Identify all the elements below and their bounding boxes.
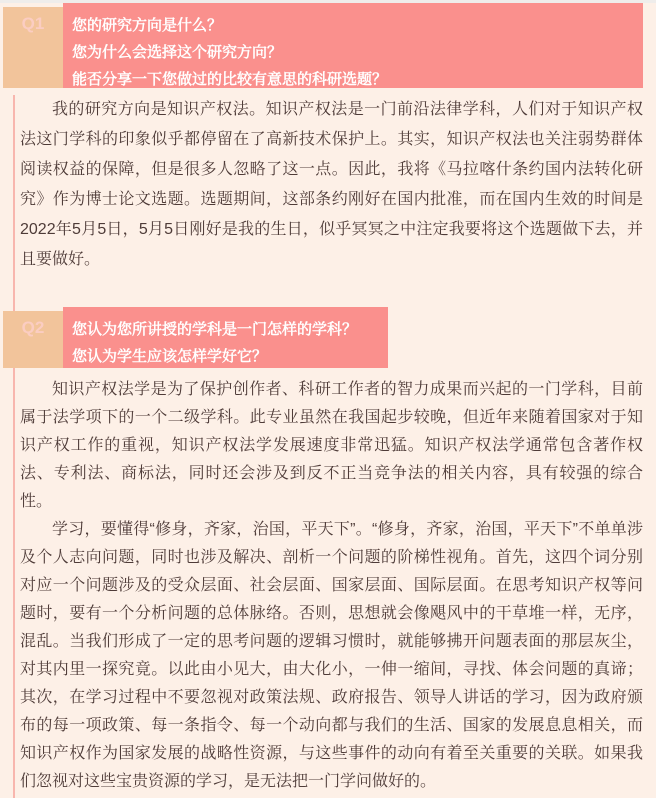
q1-question-line-2: 您为什么会选择这个研究方向？: [72, 39, 633, 66]
q1-question-line-1: 您的研究方向是什么？: [72, 12, 633, 39]
question-banner-q1: Q1 您的研究方向是什么？ 您为什么会选择这个研究方向？ 能否分享一下您做过的比…: [3, 3, 643, 88]
q2-answer-paragraph-2: 学习，要懂得“修身，齐家，治国，平天下”。“修身，齐家，治国，平天下”不单单涉及…: [20, 516, 643, 796]
q1-badge-label: Q1: [22, 14, 45, 33]
q1-answer-paragraph: 我的研究方向是知识产权法。知识产权法是一门前沿法律学科，人们对于知识产权法这门学…: [20, 95, 643, 275]
q2-badge: Q2: [3, 311, 63, 368]
qa-section-1: Q1 您的研究方向是什么？ 您为什么会选择这个研究方向？ 能否分享一下您做过的比…: [0, 3, 656, 275]
article-page: Q1 您的研究方向是什么？ 您为什么会选择这个研究方向？ 能否分享一下您做过的比…: [0, 0, 656, 798]
q2-badge-label: Q2: [22, 318, 45, 337]
q2-question-line-1: 您认为您所讲授的学科是一门怎样的学科？: [72, 316, 378, 343]
q2-answer-paragraph-1: 知识产权法学是为了保护创作者、科研工作者的智力成果而兴起的一门学科，目前属于法学…: [20, 376, 643, 516]
q2-answer: 知识产权法学是为了保护创作者、科研工作者的智力成果而兴起的一门学科，目前属于法学…: [20, 376, 643, 796]
qa-section-2: Q2 您认为您所讲授的学科是一门怎样的学科？ 您认为学生应该怎样学好它？ 知识产…: [0, 307, 656, 796]
q1-answer: 我的研究方向是知识产权法。知识产权法是一门前沿法律学科，人们对于知识产权法这门学…: [20, 95, 643, 275]
question-banner-q2: Q2 您认为您所讲授的学科是一门怎样的学科？ 您认为学生应该怎样学好它？: [3, 307, 388, 368]
answer-left-rule: [13, 95, 15, 798]
q2-question-panel: 您认为您所讲授的学科是一门怎样的学科？ 您认为学生应该怎样学好它？: [63, 307, 388, 368]
q1-badge: Q1: [3, 7, 63, 88]
q1-question-panel: 您的研究方向是什么？ 您为什么会选择这个研究方向？ 能否分享一下您做过的比较有意…: [63, 3, 643, 88]
q2-question-line-2: 您认为学生应该怎样学好它？: [72, 343, 378, 368]
q1-question-line-3: 能否分享一下您做过的比较有意思的科研选题？: [72, 66, 633, 88]
